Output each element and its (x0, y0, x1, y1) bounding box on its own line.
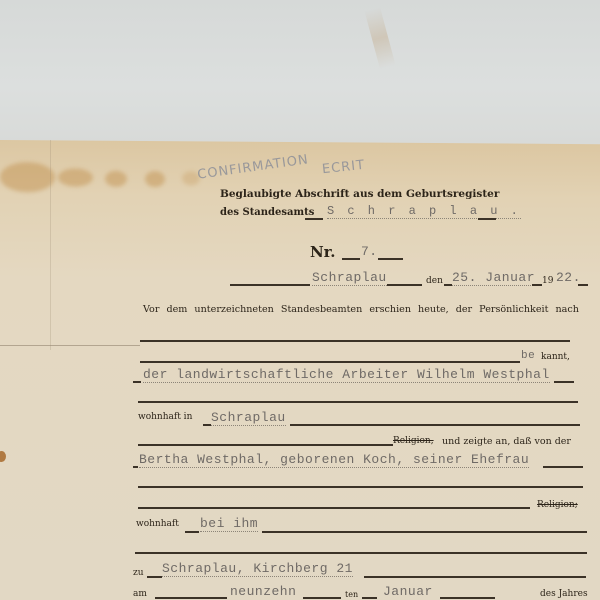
paper-fold (0, 345, 140, 346)
known-suffix-printed: kannt, (541, 352, 570, 362)
water-stain (105, 171, 127, 187)
fill-line (203, 424, 211, 426)
fill-line (444, 284, 452, 286)
fill-line (135, 552, 587, 554)
paper-fold (50, 140, 51, 350)
document-title: Beglaubigte Abschrift aus dem Geburtsreg… (220, 188, 499, 200)
water-stain (0, 162, 55, 192)
fill-line (230, 284, 310, 286)
fill-line (543, 466, 583, 468)
fill-line (155, 597, 227, 599)
fill-line (138, 486, 583, 488)
day-suffix: ten (345, 590, 358, 599)
known-suffix-typed: be (521, 350, 535, 362)
office-value: S c h r a p l a u . (327, 204, 521, 219)
water-stain (145, 171, 165, 187)
fill-line (138, 444, 393, 446)
residence-value: Schraplau (211, 410, 286, 426)
mother-residence-value: bei ihm (200, 516, 258, 532)
residence-label: wohnhaft in (138, 412, 192, 422)
fill-line (578, 284, 588, 286)
religion-label-1: Religion, (393, 436, 434, 446)
date-value: 25. Januar (452, 270, 535, 286)
date-label: den (426, 276, 443, 286)
number-value: 7. (361, 244, 378, 259)
fill-line (305, 218, 323, 220)
announcement-text: und zeigte an, daß von der (442, 436, 571, 447)
intro-text: Vor dem unterzeichneten Standesbeamten e… (143, 304, 579, 315)
fill-line (440, 597, 495, 599)
year-suffix: 22. (556, 270, 581, 285)
month-value: Januar (383, 584, 433, 599)
fill-line (185, 531, 199, 533)
fill-line (147, 576, 162, 578)
fill-line (133, 466, 138, 468)
fill-line (478, 218, 496, 220)
mother-residence-label: wohnhaft (136, 519, 179, 529)
place-value: Schraplau (312, 270, 387, 286)
backdrop-surface (0, 0, 600, 145)
place-label: zu (133, 568, 144, 578)
year-label: des Jahres (540, 589, 588, 599)
fill-line (138, 401, 578, 403)
fill-line (554, 381, 574, 383)
fill-line (133, 381, 141, 383)
fill-line (290, 424, 580, 426)
fill-line (362, 597, 377, 599)
number-label: Nr. (310, 243, 335, 261)
fill-line (342, 258, 360, 260)
fill-line (262, 531, 587, 533)
fill-line (532, 284, 542, 286)
fill-line (140, 361, 520, 363)
fill-line (387, 284, 422, 286)
year-prefix: 19 (542, 276, 553, 286)
fill-line (140, 340, 570, 342)
office-label: des Standesamts (220, 207, 314, 218)
fill-line (138, 507, 530, 509)
declarant-value: der landwirtschaftliche Arbeiter Wilhelm… (143, 367, 550, 383)
fill-line (378, 258, 403, 260)
fill-line (364, 576, 586, 578)
religion-label-2: Religion; (537, 500, 578, 510)
on-label: am (133, 589, 147, 599)
day-value: neunzehn (230, 584, 296, 599)
fill-line (303, 597, 341, 599)
birth-place-value: Schraplau, Kirchberg 21 (162, 561, 353, 577)
water-stain (58, 168, 93, 186)
mother-value: Bertha Westphal, geborenen Koch, seiner … (139, 452, 529, 468)
